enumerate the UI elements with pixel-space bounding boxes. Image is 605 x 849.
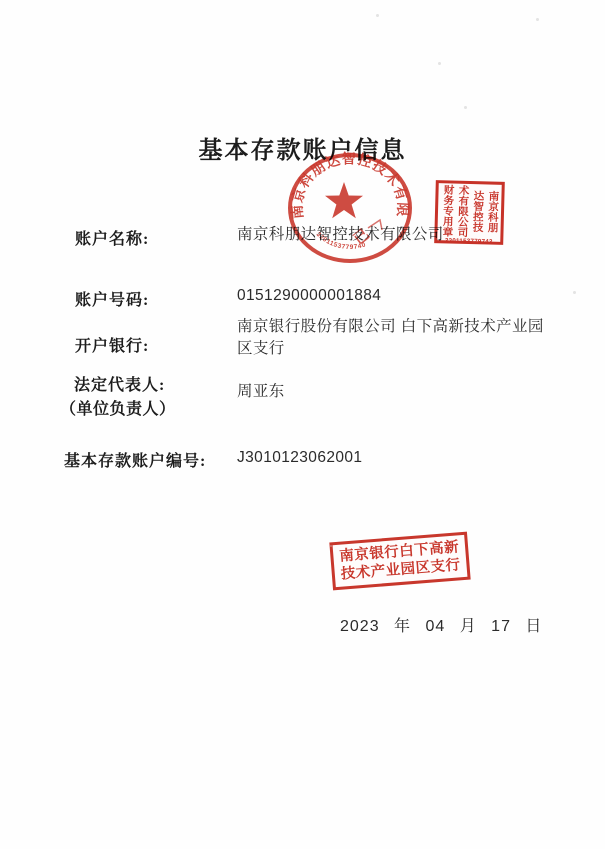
finance-seal-col-2: 术有限公司 [455, 185, 468, 238]
round-company-seal: 南京科朋达智控技术有限公司 3201153779740 已 [284, 150, 416, 268]
document-date: 2023 年 04 月 17 日 [340, 613, 542, 636]
scanned-document-page: 基本存款账户信息 账户名称: 南京科朋达智控技术有限公司 账户号码: 01512… [0, 0, 605, 849]
finance-seal-col-4: 南京科朋 [485, 185, 498, 238]
finance-seal-col-1: 财务专用章 [440, 184, 453, 237]
bank-name-label: 开户银行: [75, 333, 149, 356]
account-number-label: 账户号码: [75, 287, 149, 310]
basic-deposit-account-id-label: 基本存款账户编号: [64, 448, 206, 471]
scan-speck [438, 62, 441, 65]
finance-seal-number: 3201153779743 [438, 237, 499, 247]
legal-representative-value: 周亚东 [237, 381, 285, 403]
bank-branch-seal: 南京银行白下高新 技术产业园区支行 [329, 532, 470, 591]
scan-speck [573, 291, 576, 294]
finance-seal-columns: 财务专用章 术有限公司 达智控技 南京科朋 [438, 184, 500, 238]
square-finance-seal: 财务专用章 术有限公司 达智控技 南京科朋 3201153779743 [434, 180, 505, 245]
account-name-label: 账户名称: [75, 226, 149, 249]
seal-star-icon [325, 182, 363, 218]
legal-representative-label: 法定代表人: [74, 372, 165, 395]
scan-speck [536, 18, 539, 21]
finance-seal-col-3: 达智控技 [470, 185, 483, 238]
scan-speck [330, 545, 332, 547]
account-number-value: 0151290000001884 [237, 285, 381, 307]
seal-overlay-stroke [368, 220, 382, 230]
bank-name-value: 南京银行股份有限公司 白下高新技术产业园区支行 [237, 316, 559, 360]
basic-deposit-account-id-value: J3010123062001 [237, 447, 362, 469]
unit-head-sublabel: （单位负责人） [60, 396, 176, 419]
scan-speck [464, 106, 467, 109]
scan-speck [376, 14, 379, 17]
